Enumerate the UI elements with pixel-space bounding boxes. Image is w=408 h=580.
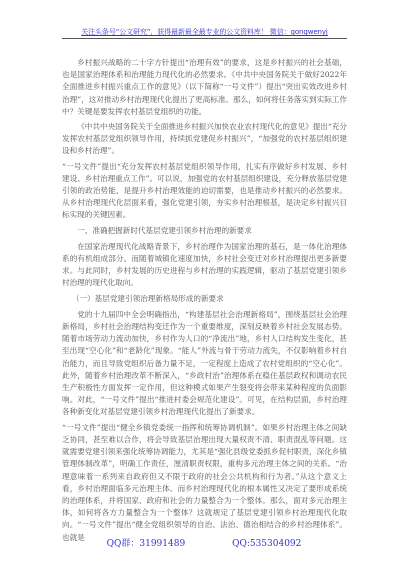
paragraph: “一号文件”提出“充分发挥农村基层党组织领导作用，扎实有序做好乡村发展、乡村建设… [62,161,347,222]
header-banner[interactable]: 关注头条号“公文研究”，获得最新最全最专业的公文资料库！ 微信：gongweny… [62,27,347,39]
qq-group-text: QQ群：31991489 [107,539,186,549]
header-banner-text[interactable]: 关注头条号“公文研究”，获得最新最全最专业的公文资料库！ 微信：gongweny… [81,28,328,36]
document-body: 乡村振兴战略的二十字方针提出“治理有效”的要求，这是乡村振兴的社会基础，也是国家… [62,57,347,547]
document-page: 关注头条号“公文研究”，获得最新最全最专业的公文资料库！ 微信：gongweny… [0,0,408,580]
paragraph: 党的十九届四中全会明确指出，“构建基层社会治理新格局”，围绕基层社会治理新格局，… [62,309,347,419]
footer-contact: QQ群：31991489 QQ:535304092 [0,536,408,549]
qq-number-text: QQ:535304092 [232,539,301,549]
section-heading: 一、准确把握新时代基层党建引领乡村治理的新要求 [62,225,347,237]
paragraph: “一号文件”提出“健全乡镇党委统一指挥和统筹协调机制”。如果乡村治理主体之间缺乏… [62,422,347,544]
paragraph: 《中共中央国务院关于全面推进乡村振兴加快农业农村现代化的意见》提出“充分发挥农村… [62,121,347,158]
paragraph: 乡村振兴战略的二十字方针提出“治理有效”的要求，这是乡村振兴的社会基础，也是国家… [62,57,347,118]
paragraph: 在国家治理现代化战略背景下，乡村治理作为国家治理的基石，是一体化治理体系的有机组… [62,241,347,290]
subsection-heading: （一）基层党建引领治理新格局形成的新要求 [62,293,347,305]
